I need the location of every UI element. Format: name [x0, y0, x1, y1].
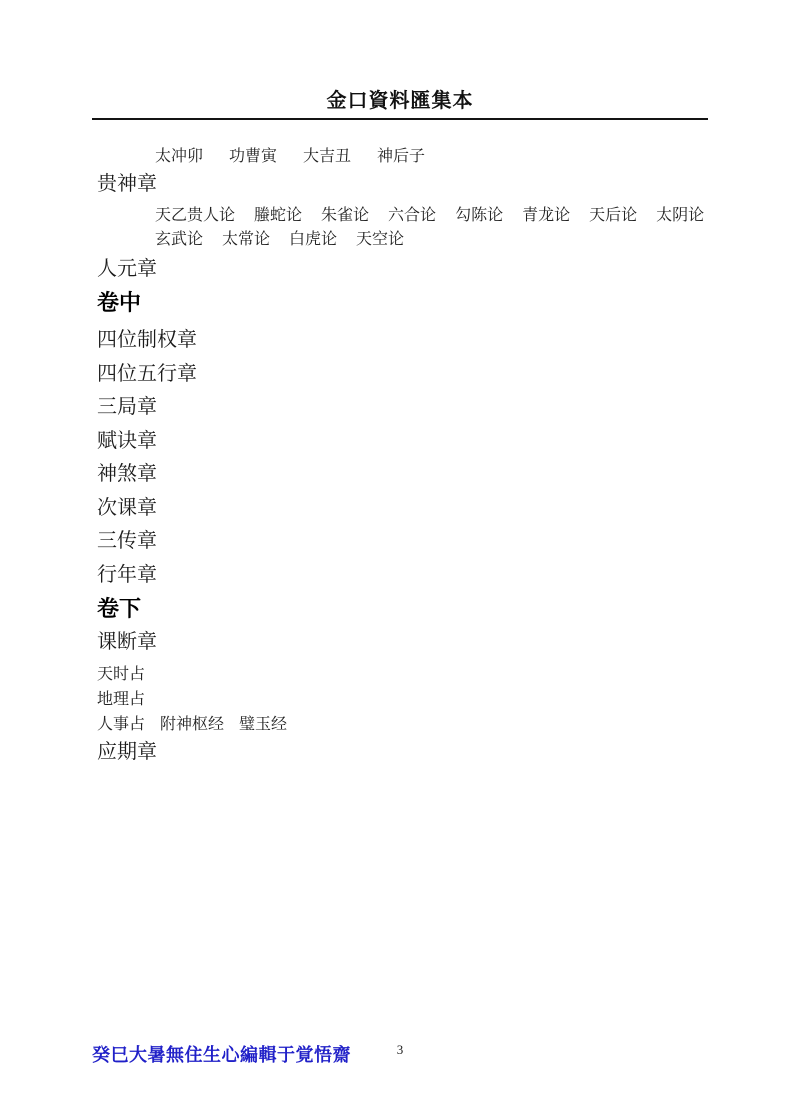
toc-part-volume-middle: 卷中 — [97, 289, 141, 317]
toc-item: 大吉丑 — [303, 147, 351, 167]
toc-entry-spirit-essays: 玄武论太常论白虎论天空论 — [155, 230, 404, 250]
toc-chapter: 四位制权章 — [97, 328, 197, 353]
toc-subentry-group: 人事占附神枢经璧玉经 — [97, 715, 287, 735]
header-rule — [92, 118, 708, 120]
toc-chapter: 三传章 — [97, 529, 157, 554]
toc-chapter: 人元章 — [97, 257, 157, 282]
toc-item: 天后论 — [589, 206, 637, 226]
toc-chapter: 次课章 — [97, 496, 157, 521]
toc-item: 玄武论 — [155, 230, 203, 250]
toc-item: 勾陈论 — [455, 206, 503, 226]
toc-chapter: 贵神章 — [97, 172, 157, 197]
toc-item: 青龙论 — [522, 206, 570, 226]
toc-item: 神后子 — [377, 147, 425, 167]
toc-chapter: 课断章 — [97, 630, 157, 655]
toc-part-volume-last: 卷下 — [97, 595, 141, 623]
toc-entry-spirit-essays: 天乙贵人论螣蛇论朱雀论六合论勾陈论青龙论天后论太阴论 — [155, 206, 704, 226]
toc-chapter: 应期章 — [97, 740, 157, 765]
toc-item: 朱雀论 — [321, 206, 369, 226]
page-title: 金口資料匯集本 — [0, 89, 800, 114]
toc-item: 天空论 — [356, 230, 404, 250]
toc-item: 太冲卯 — [155, 147, 203, 167]
document-page: 金口資料匯集本 太冲卯功曹寅大吉丑神后子 贵神章 天乙贵人论螣蛇论朱雀论六合论勾… — [0, 0, 800, 1107]
toc-subentry: 天时占 — [97, 665, 145, 685]
toc-chapter: 行年章 — [97, 563, 157, 588]
toc-chapter: 四位五行章 — [97, 362, 197, 387]
toc-entry-monthly-generals: 太冲卯功曹寅大吉丑神后子 — [155, 147, 425, 167]
toc-item: 太常论 — [222, 230, 270, 250]
toc-item: 天乙贵人论 — [155, 206, 235, 226]
toc-item: 附神枢经 — [160, 715, 224, 735]
page-number: 3 — [0, 1042, 800, 1058]
toc-chapter: 三局章 — [97, 395, 157, 420]
toc-chapter: 赋诀章 — [97, 429, 157, 454]
toc-chapter: 神煞章 — [97, 462, 157, 487]
toc-item: 人事占 — [97, 715, 145, 735]
toc-item: 功曹寅 — [229, 147, 277, 167]
toc-item: 白虎论 — [289, 230, 337, 250]
toc-item: 六合论 — [388, 206, 436, 226]
toc-subentry: 地理占 — [97, 690, 145, 710]
toc-item: 璧玉经 — [239, 715, 287, 735]
toc-item: 太阴论 — [656, 206, 704, 226]
toc-item: 螣蛇论 — [254, 206, 302, 226]
